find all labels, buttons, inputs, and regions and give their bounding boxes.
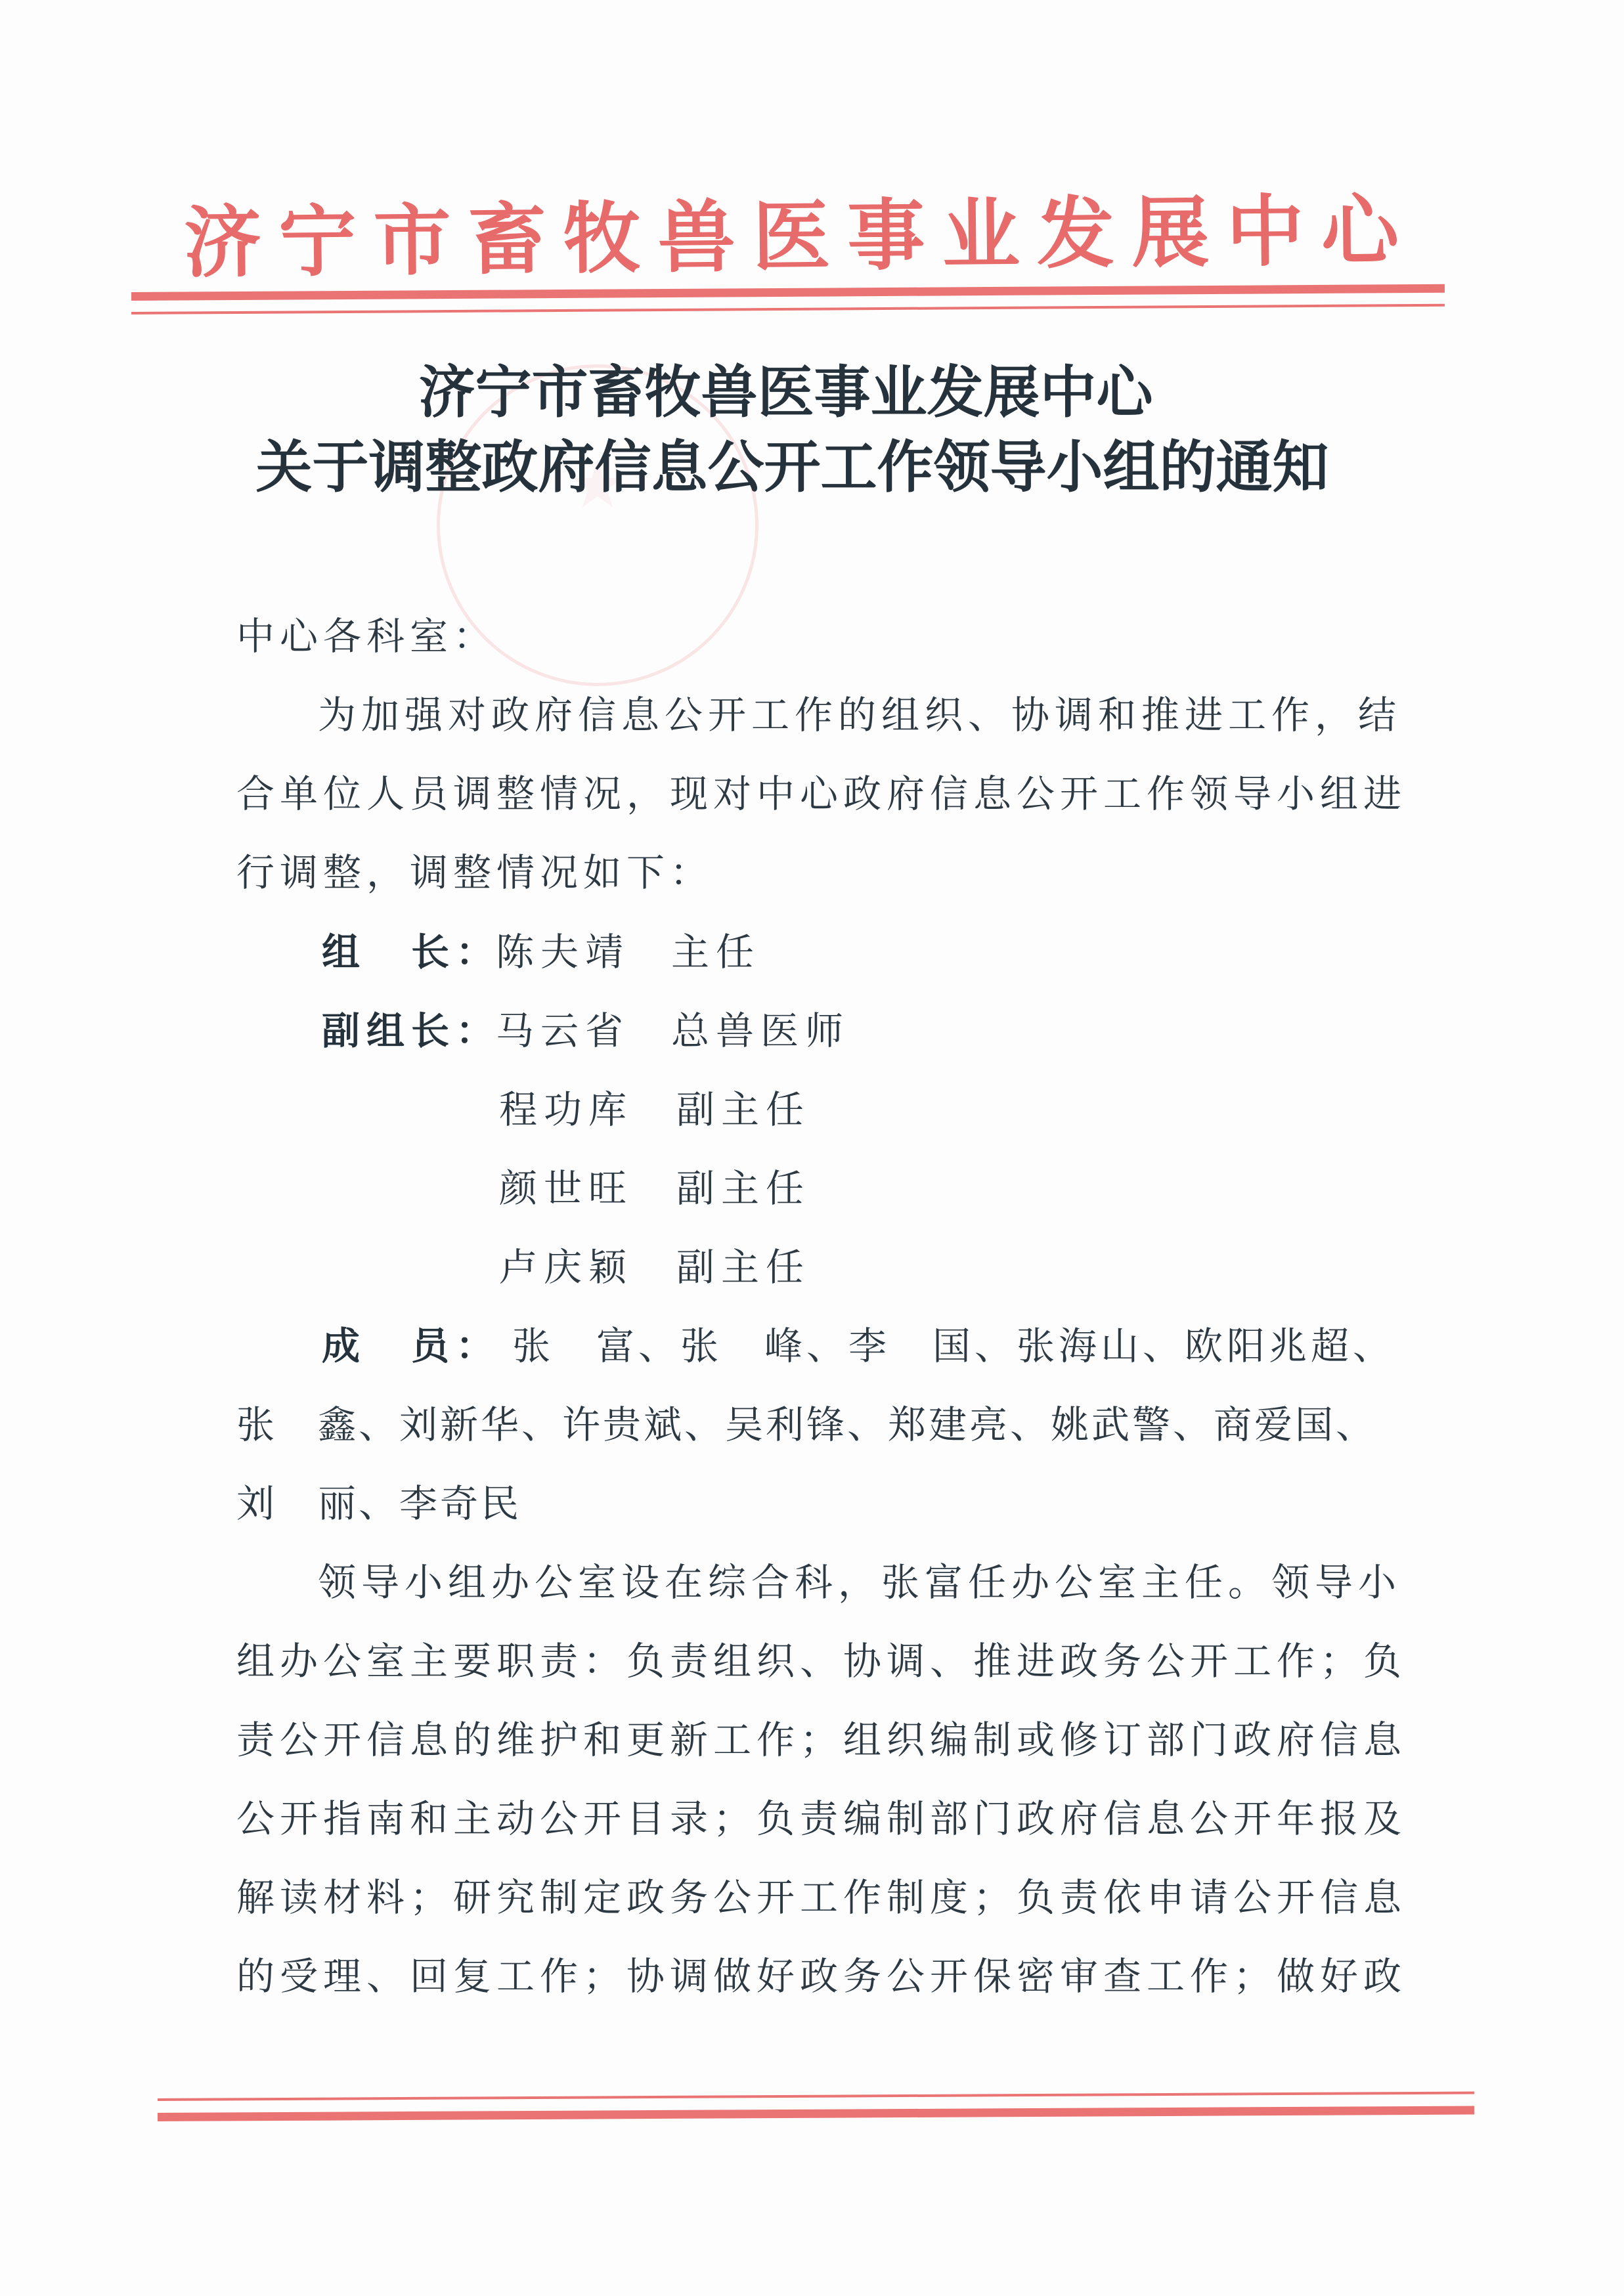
masthead-char: 发 bbox=[1036, 171, 1115, 283]
leader-label: 组 长： bbox=[322, 930, 500, 974]
deputy-name: 程功库 bbox=[499, 1079, 633, 1134]
salutation: 中心各科室： bbox=[236, 605, 1372, 661]
masthead-char: 济 bbox=[183, 180, 262, 292]
office-line-1: 领导小组办公室设在综合科，张富任办公室主任。领导小 bbox=[236, 1551, 1454, 1607]
masthead-char: 展 bbox=[1131, 170, 1210, 282]
members-line-2: 张 鑫、刘新华、许贵斌、吴利锋、郑建亮、姚武警、商爱国、 bbox=[236, 1394, 1372, 1449]
masthead-char: 牧 bbox=[562, 176, 641, 288]
deputy-name: 颜世旺 bbox=[499, 1158, 633, 1213]
deputy-title: 总兽医师 bbox=[671, 1000, 850, 1055]
intro-line-2: 合单位人员调整情况，现对中心政府信息公开工作领导小组进 bbox=[236, 763, 1372, 818]
office-line-6: 的受理、回复工作；协调做好政务公开保密审查工作；做好政 bbox=[236, 1945, 1372, 2001]
masthead-char: 市 bbox=[373, 178, 452, 290]
deputy-title: 副主任 bbox=[676, 1236, 810, 1291]
masthead-char: 业 bbox=[942, 172, 1020, 284]
leader-row: 组 长： bbox=[322, 921, 500, 976]
office-line-3: 责公开信息的维护和更新工作；组织编制或修订部门政府信息 bbox=[236, 1709, 1372, 1764]
masthead-char: 中 bbox=[1226, 169, 1305, 281]
deputy-name: 卢庆颖 bbox=[499, 1236, 633, 1291]
masthead-char: 医 bbox=[752, 174, 831, 286]
office-line-4: 公开指南和主动公开目录；负责编制部门政府信息公开年报及 bbox=[236, 1788, 1372, 1843]
deputy-label: 副组长： bbox=[322, 1008, 500, 1053]
masthead-char: 心 bbox=[1321, 168, 1399, 280]
deputy-row: 副组长： bbox=[322, 1000, 500, 1055]
members-label: 成 员： bbox=[322, 1324, 500, 1368]
masthead-char: 事 bbox=[846, 173, 925, 285]
masthead-char: 畜 bbox=[468, 177, 546, 289]
leader-title: 主任 bbox=[671, 921, 760, 976]
deputy-title: 副主任 bbox=[676, 1158, 810, 1213]
members-line-1: 张 富、张 峰、李 国、张海山、欧阳兆超、 bbox=[512, 1315, 1395, 1370]
masthead-red-rule-thin bbox=[131, 304, 1445, 314]
leader-name: 陈夫靖 bbox=[496, 921, 630, 976]
footer-red-rule-thick bbox=[158, 2106, 1474, 2121]
footer-red-rule-thin bbox=[158, 2092, 1474, 2101]
masthead-org-name: 济 宁 市 畜 牧 兽 医 事 业 发 展 中 心 bbox=[183, 175, 1399, 286]
document-page: 济 宁 市 畜 牧 兽 医 事 业 发 展 中 心 济宁市畜牧兽医事业发展中心 … bbox=[0, 0, 1624, 2296]
office-line-2: 组办公室主要职责：负责组织、协调、推进政务公开工作；负 bbox=[236, 1630, 1372, 1685]
document-title-line-2: 关于调整政府信息公开工作领导小组的通知 bbox=[0, 422, 1604, 503]
document-title-line-1: 济宁市畜牧兽医事业发展中心 bbox=[0, 347, 1598, 428]
masthead-char: 兽 bbox=[657, 175, 736, 287]
office-line-5: 解读材料；研究制定政务公开工作制度；负责依申请公开信息 bbox=[236, 1867, 1372, 1922]
deputy-name: 马云省 bbox=[496, 1000, 630, 1055]
members-row: 成 员： bbox=[322, 1315, 500, 1370]
intro-line-3: 行调整，调整情况如下： bbox=[236, 842, 1372, 897]
members-line-3: 刘 丽、李奇民 bbox=[236, 1473, 1372, 1528]
masthead-char: 宁 bbox=[278, 179, 357, 291]
intro-line-1: 为加强对政府信息公开工作的组织、协调和推进工作，结 bbox=[236, 684, 1454, 739]
deputy-title: 副主任 bbox=[676, 1079, 810, 1134]
